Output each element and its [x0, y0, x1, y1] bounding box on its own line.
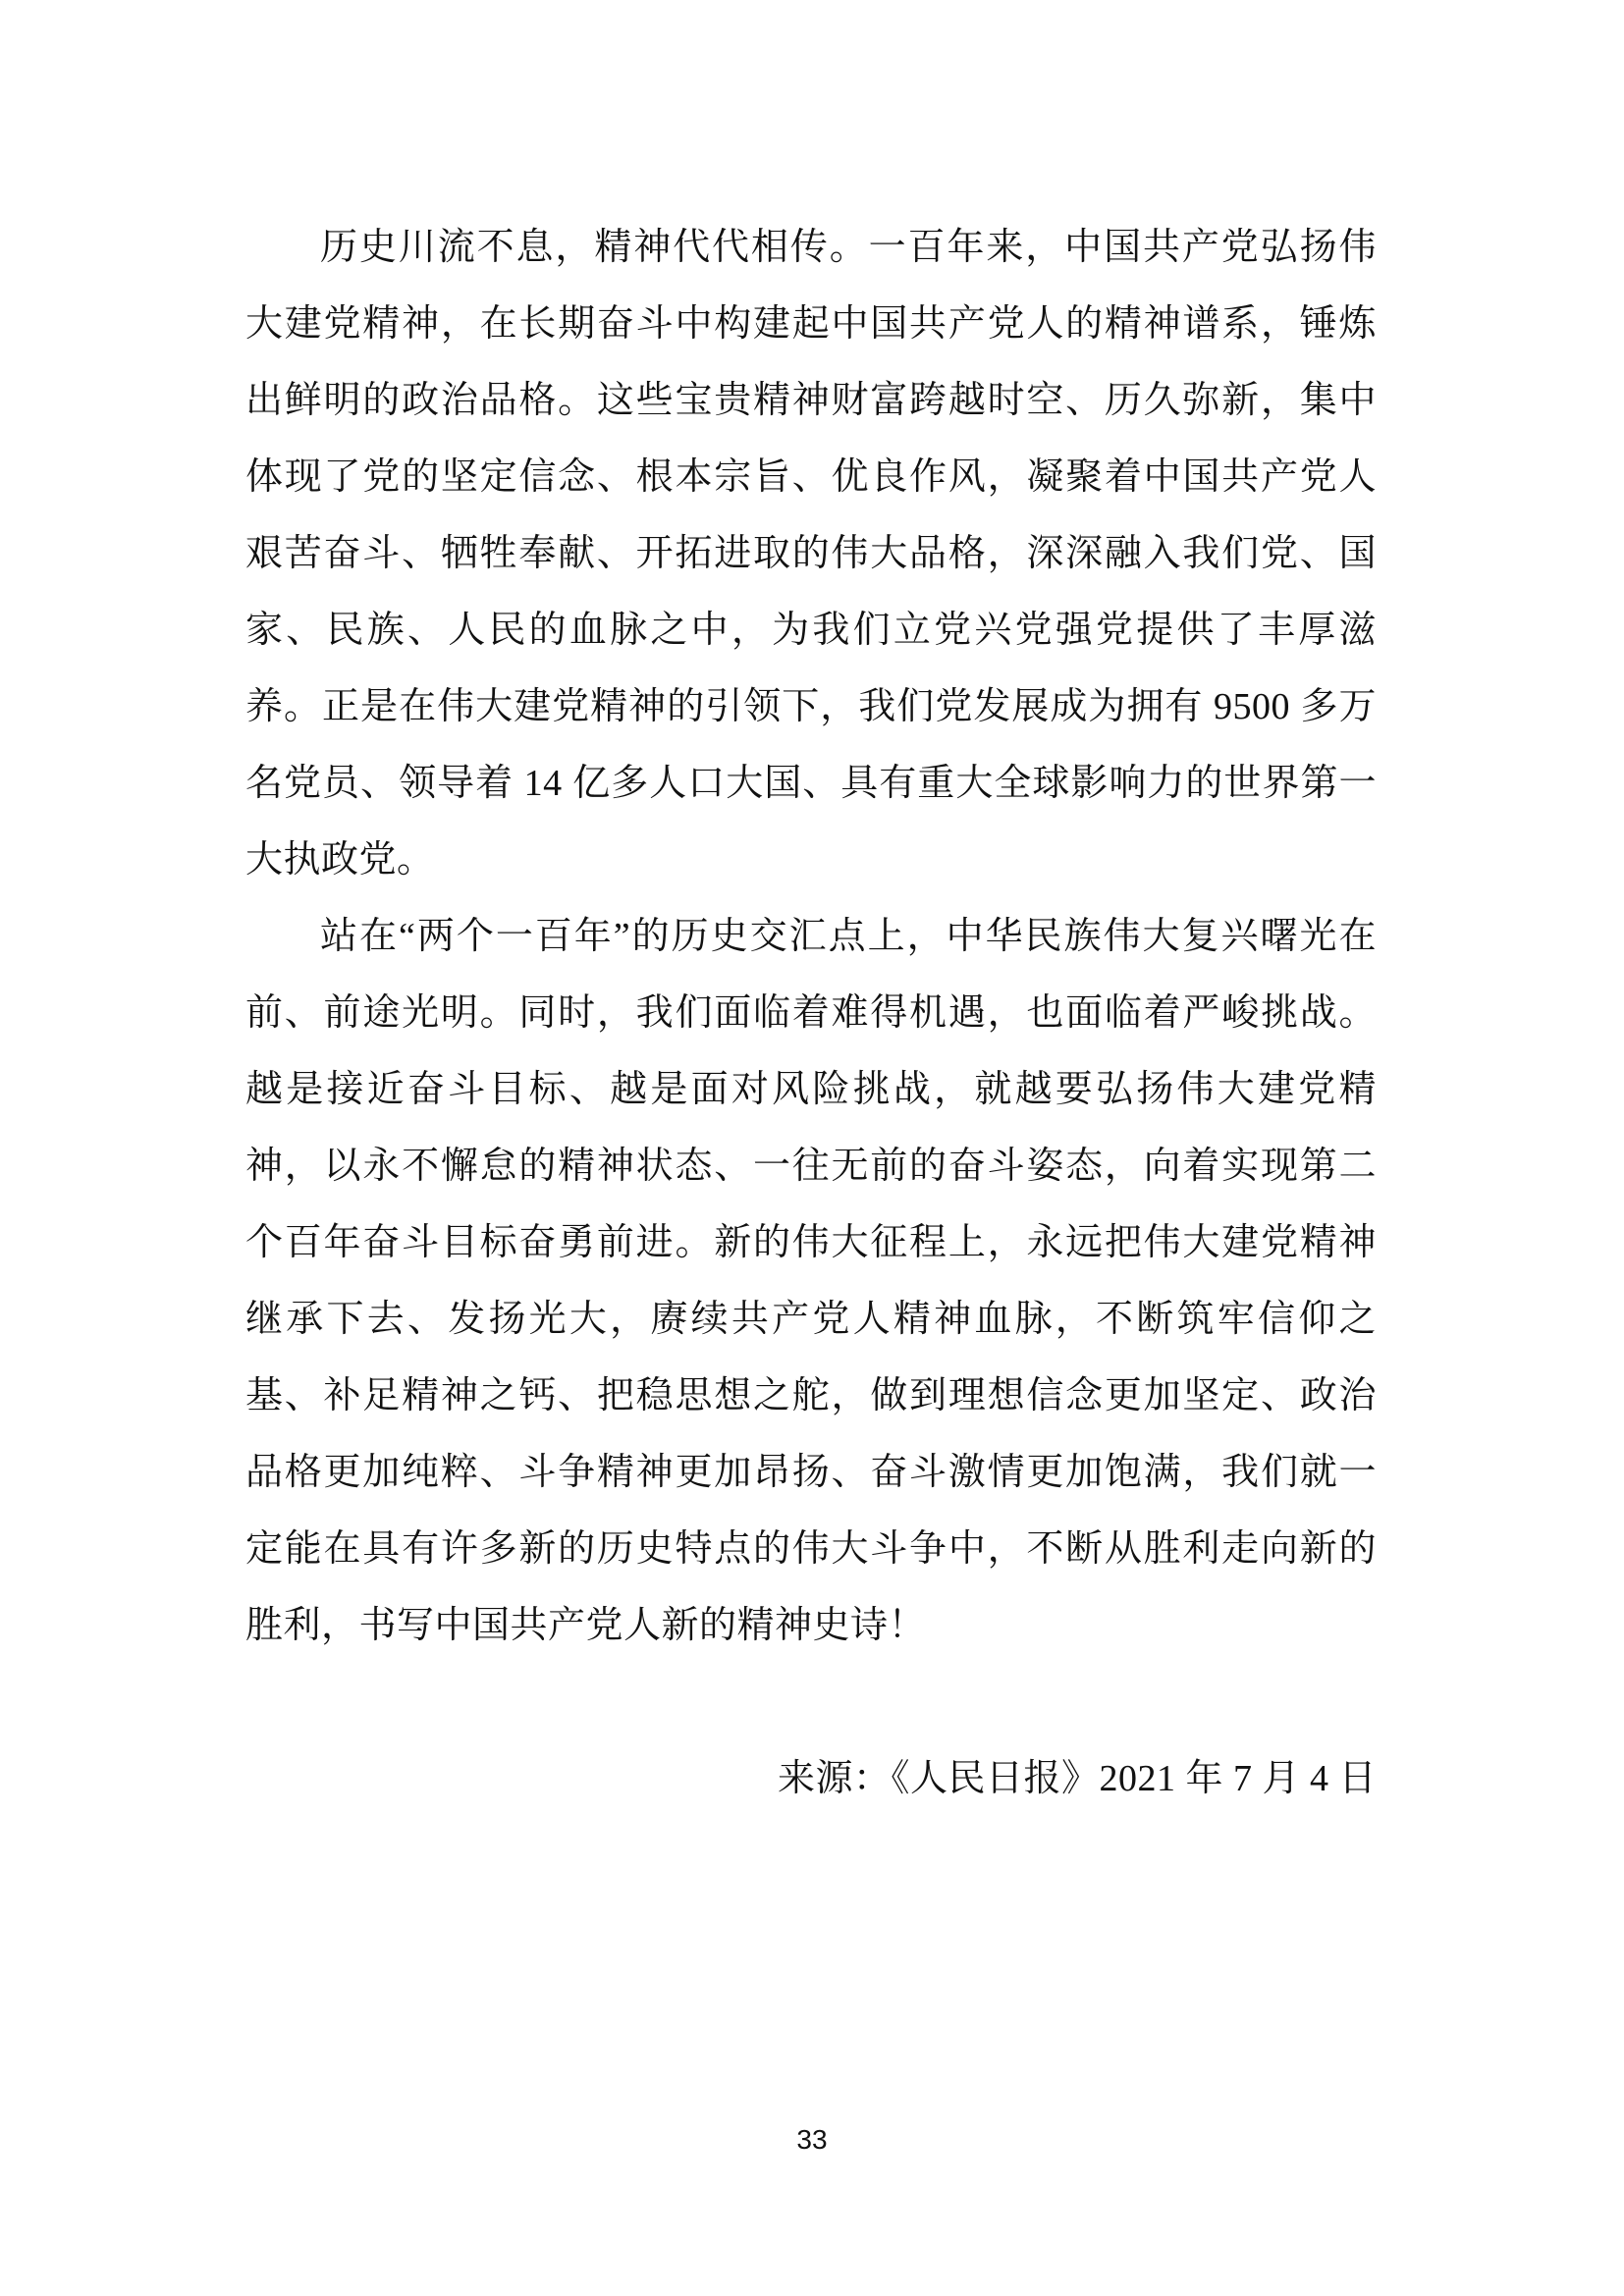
body-paragraph-2: 站在“两个一百年”的历史交汇点上，中华民族伟大复兴曙光在前、前途光明。同时，我们…	[245, 898, 1377, 1664]
body-paragraph-1: 历史川流不息，精神代代相传。一百年来，中国共产党弘扬伟大建党精神，在长期奋斗中构…	[245, 209, 1377, 898]
source-attribution: 来源：《人民日报》2021 年 7 月 4 日	[245, 1740, 1377, 1817]
document-page: 历史川流不息，精神代代相传。一百年来，中国共产党弘扬伟大建党精神，在长期奋斗中构…	[0, 0, 1624, 2296]
document-body: 历史川流不息，精神代代相传。一百年来，中国共产党弘扬伟大建党精神，在长期奋斗中构…	[245, 209, 1377, 1817]
page-number: 33	[0, 2123, 1624, 2157]
